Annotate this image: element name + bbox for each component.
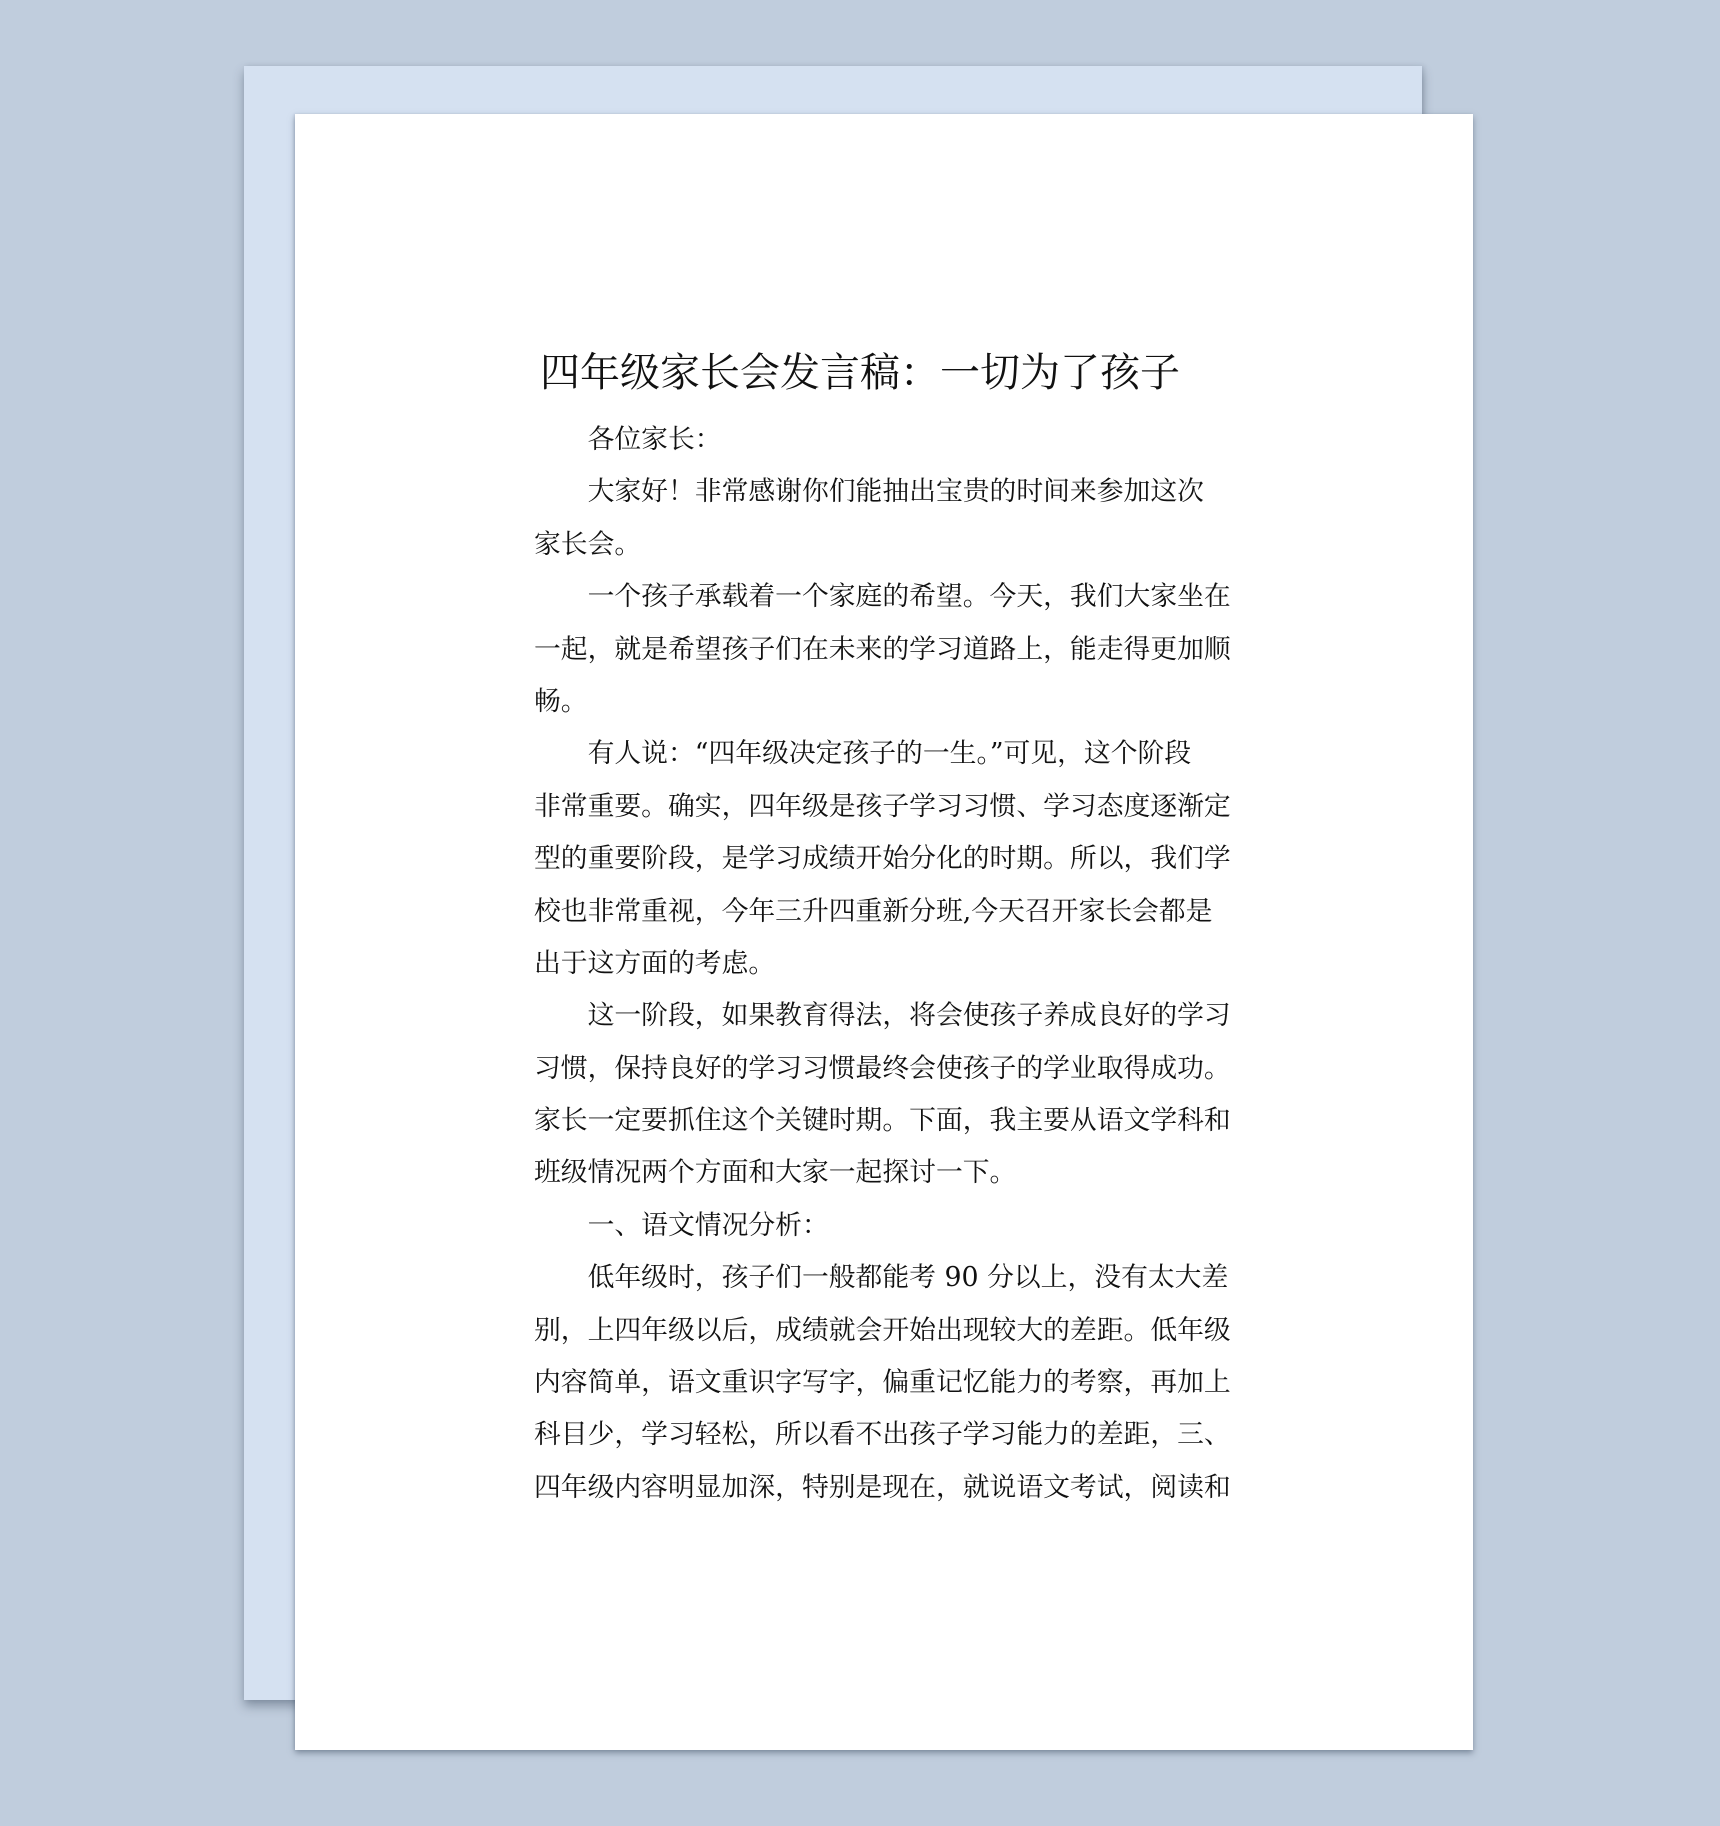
body-line: 畅。 xyxy=(534,676,1234,728)
body-line: 这一阶段，如果教育得法，将会使孩子养成良好的学习 xyxy=(534,990,1234,1042)
document-title: 四年级家长会发言稿：一切为了孩子 xyxy=(0,350,1720,396)
body-line: 低年级时，孩子们一般都能考 90 分以上，没有太大差 xyxy=(534,1252,1234,1304)
body-line: 非常重要。确实，四年级是孩子学习习惯、学习态度逐渐定 xyxy=(534,781,1234,833)
body-line: 习惯，保持良好的学习习惯最终会使孩子的学业取得成功。 xyxy=(534,1043,1234,1095)
body-line: 一起，就是希望孩子们在未来的学习道路上，能走得更加顺 xyxy=(534,624,1234,676)
body-line: 家长会。 xyxy=(534,519,1234,571)
body-line: 有人说：“四年级决定孩子的一生。”可见，这个阶段 xyxy=(534,728,1234,780)
document-body: 各位家长： 大家好！非常感谢你们能抽出宝贵的时间来参加这次 家长会。 一个孩子承… xyxy=(534,414,1234,1514)
body-line: 四年级内容明显加深，特别是现在，就说语文考试，阅读和 xyxy=(534,1462,1234,1514)
body-line: 型的重要阶段，是学习成绩开始分化的时期。所以，我们学 xyxy=(534,833,1234,885)
body-line: 内容简单，语文重识字写字，偏重记忆能力的考察，再加上 xyxy=(534,1357,1234,1409)
body-line: 班级情况两个方面和大家一起探讨一下。 xyxy=(534,1147,1234,1199)
body-line: 一个孩子承载着一个家庭的希望。今天，我们大家坐在 xyxy=(534,571,1234,623)
body-line: 出于这方面的考虑。 xyxy=(534,938,1234,990)
body-line: 科目少，学习轻松，所以看不出孩子学习能力的差距，三、 xyxy=(534,1409,1234,1461)
body-line: 校也非常重视，今年三升四重新分班,今天召开家长会都是 xyxy=(534,886,1234,938)
body-line: 别，上四年级以后，成绩就会开始出现较大的差距。低年级 xyxy=(534,1305,1234,1357)
body-line: 各位家长： xyxy=(534,414,1234,466)
body-line: 家长一定要抓住这个关键时期。下面，我主要从语文学科和 xyxy=(534,1095,1234,1147)
body-line: 大家好！非常感谢你们能抽出宝贵的时间来参加这次 xyxy=(534,466,1234,518)
section-heading: 一、语文情况分析： xyxy=(534,1200,1234,1252)
